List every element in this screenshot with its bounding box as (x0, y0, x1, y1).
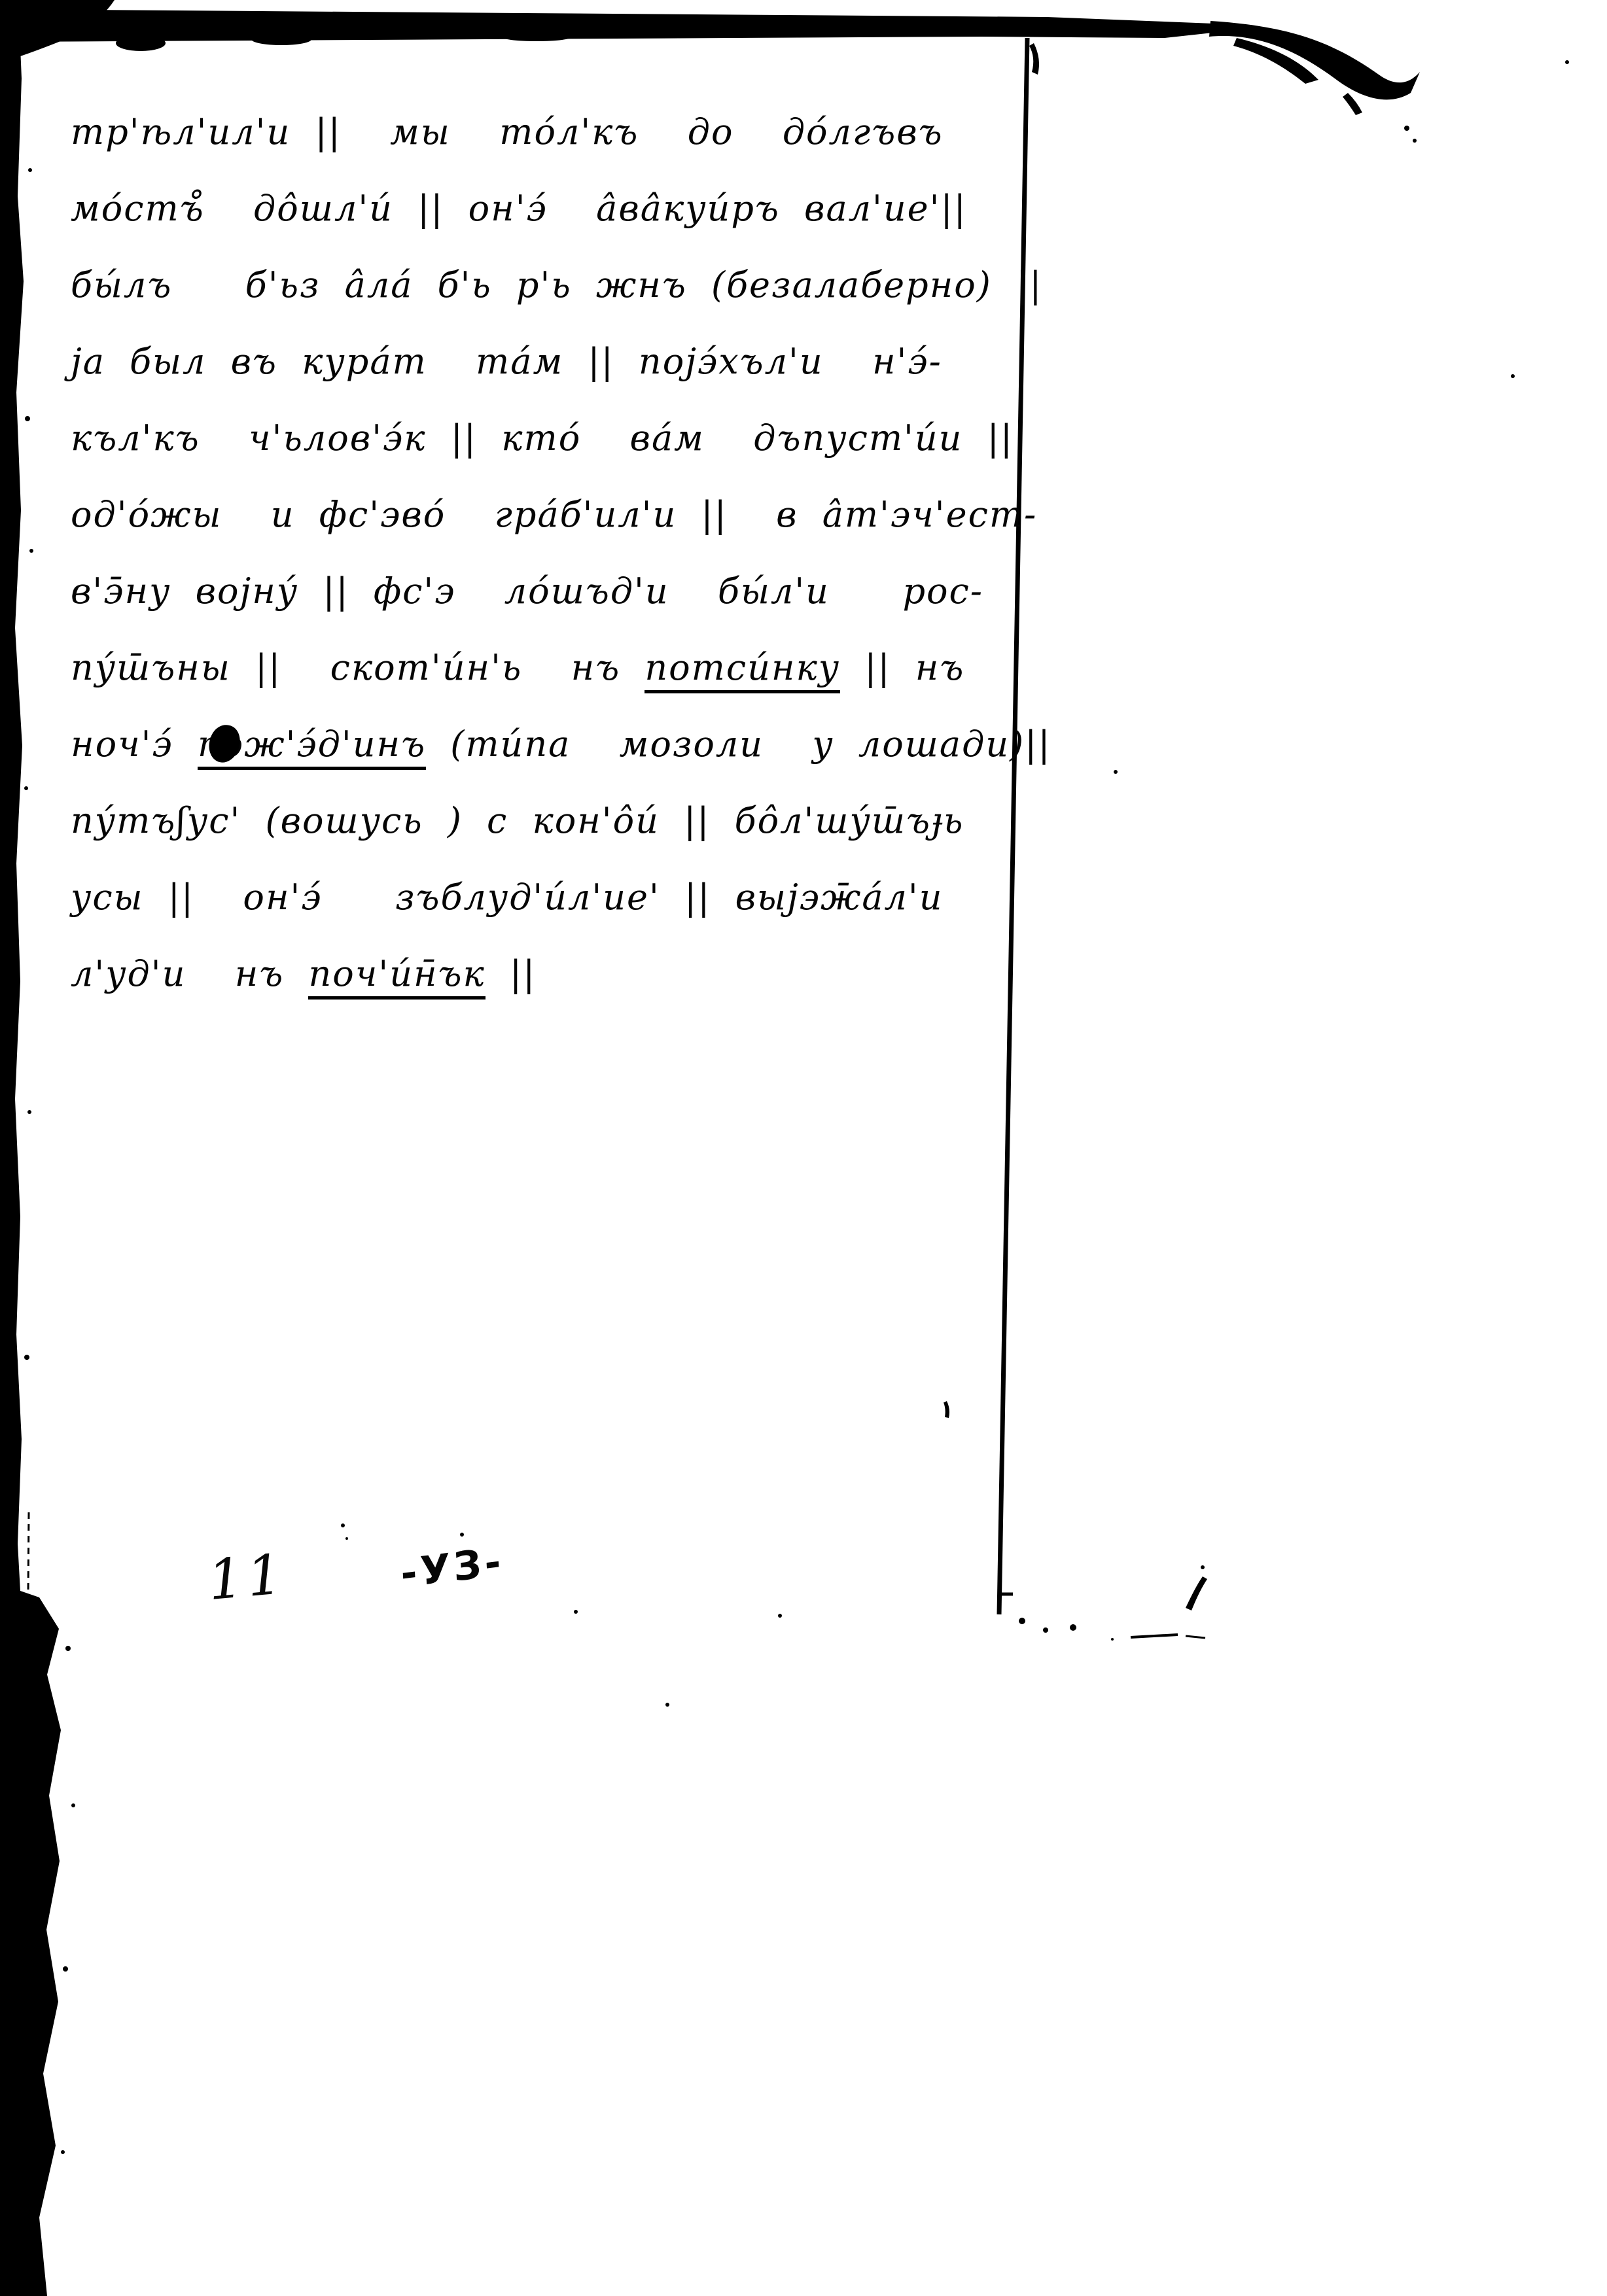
text-segment: од'о́жы и фс'эво́ гра́б'ил'и || в а̂т'эч… (71, 494, 1037, 535)
text-segment: бы́лъ б'ьз а̂ла́ б'ь р'ь жнъ (безалаберн… (71, 264, 1042, 305)
manuscript-line: бы́лъ б'ьз а̂ла́ б'ь р'ь жнъ (безалаберн… (71, 258, 1042, 313)
manuscript-line: мо́стъ̊ до̂шл'и́ || он'э́ а̂ва̂куи́ръ ва… (71, 181, 967, 236)
manuscript-line: пу́ш̄ъны || скот'и́н'ь нъ потси́нку || н… (71, 640, 964, 695)
manuscript-line: ja был въ кура́т та́м || поjэ́хъл'и н'э́… (71, 334, 942, 389)
text-segment: || (486, 953, 537, 994)
manuscript-line: тр'ѣл'ил'и || мы то́л'къ до до́лгъвъ (71, 105, 944, 160)
text-segment: къл'къ ч'ьлов'э́к || кто́ ва́м дъпуст'и́… (71, 417, 1014, 459)
manuscript-line: в'э̄ну воjну́ || фс'э ло́шъд'и бы́л'и ро… (71, 564, 983, 619)
text-segment: пу́ш̄ъны || скот'и́н'ь нъ (71, 647, 645, 688)
text-segment: || нъ (840, 647, 964, 688)
text-segment: ноч'э́ (71, 723, 198, 765)
manuscript-line: къл'къ ч'ьлов'э́к || кто́ ва́м дъпуст'и́… (71, 411, 1014, 466)
text-segment: в'э̄ну воjну́ || фс'э ло́шъд'и бы́л'и ро… (71, 570, 983, 612)
text-segment: л'уд'и нъ (71, 953, 308, 994)
text-segment: пу́тъʃус' (вошусь ) с кон'о̂и́ || бо̂л'ш… (71, 800, 964, 841)
text-segment: (ти́па мозоли у лошади)|| (426, 723, 1051, 765)
manuscript-line: л'уд'и нъ поч'и́н̄ък || (71, 947, 536, 1001)
manuscript-line: пу́тъʃус' (вошусь ) с кон'о̂и́ || бо̂л'ш… (71, 793, 964, 848)
manuscript-text-block: тр'ѣл'ил'и || мы то́л'къ до до́лгъвъмо́с… (0, 0, 1607, 2296)
manuscript-line: усы || он'э́ зъблуд'и́л'ие' || выjэж̄а́л… (71, 870, 944, 925)
manuscript-line: од'о́жы и фс'эво́ гра́б'ил'и || в а̂т'эч… (71, 487, 1037, 542)
text-segment: тр'ѣл'ил'и || мы то́л'къ до до́лгъвъ (71, 111, 944, 152)
text-segment: ja был въ кура́т та́м || поjэ́хъл'и н'э́… (71, 341, 942, 382)
underlined-word: поч'и́н̄ък (308, 953, 485, 1000)
handwritten-page-number: 11 (205, 1542, 289, 1612)
text-segment: мо́стъ̊ до̂шл'и́ || он'э́ а̂ва̂куи́ръ ва… (71, 188, 967, 229)
underlined-word: потси́нку (645, 647, 840, 693)
scanned-manuscript-page: тр'ѣл'ил'и || мы то́л'къ до до́лгъвъмо́с… (0, 0, 1607, 2296)
text-segment: усы || он'э́ зъблуд'и́л'ие' || выjэж̄а́л… (71, 877, 944, 918)
